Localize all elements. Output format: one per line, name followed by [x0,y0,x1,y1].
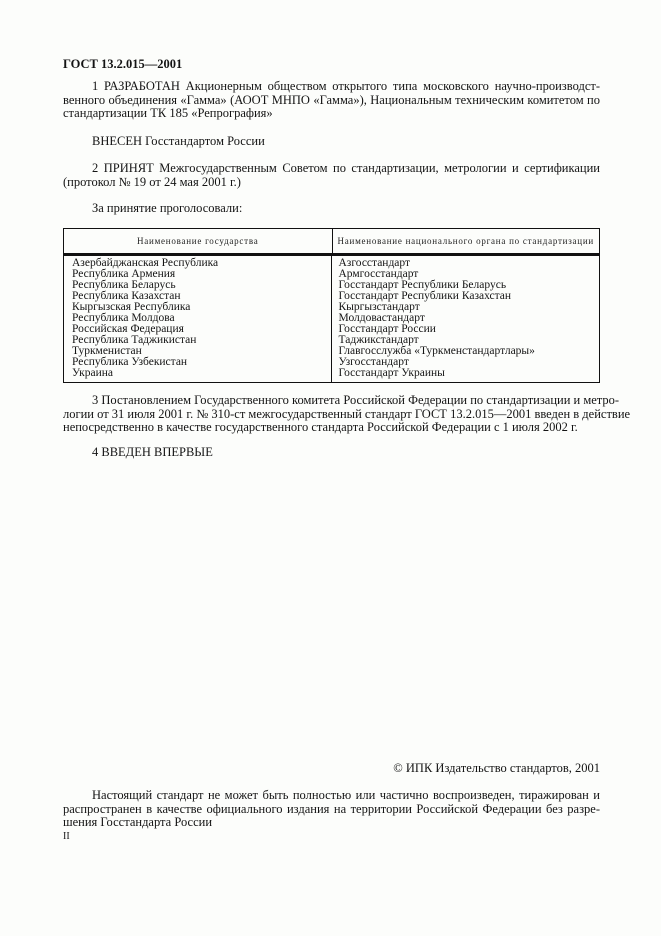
paragraph-line: (протокол № 19 от 24 мая 2001 г.) [63,176,600,190]
copyright-notice: © ИПК Издательство стандартов, 2001 [393,762,600,776]
column-header-standards-body: Наименование национального органа по ста… [333,229,600,253]
paragraph-voted-intro: За принятие проголосовали: [63,202,600,216]
paragraph-line: непосредственно в качестве государственн… [63,421,600,435]
paragraph-line: Настоящий стандарт не может быть полност… [63,789,600,803]
paragraph-adopted: 2 ПРИНЯТ Межгосударственным Советом по с… [63,162,600,189]
paragraph-line: 4 ВВЕДЕН ВПЕРВЫЕ [63,446,600,460]
paragraph-line: ВНЕСЕН Госстандартом России [63,135,600,149]
paragraph-line: 1 РАЗРАБОТАН Акционерным обществом откры… [63,80,600,94]
paragraph-resolution: 3 Постановлением Государственного комите… [63,394,600,435]
table-cell-standards-body: Госстандарт Украины [339,368,600,379]
document-title: ГОСТ 13.2.015—2001 [63,57,182,71]
page-number: II [63,831,70,843]
paragraph-first-introduced: 4 ВВЕДЕН ВПЕРВЫЕ [63,446,600,460]
voting-table: Наименование государства Наименование на… [63,228,600,383]
paragraph-line: распространен в качестве официального из… [63,803,600,817]
paragraph-line: За принятие проголосовали: [63,202,600,216]
state-column: Азербайджанская Республика Республика Ар… [64,256,332,382]
table-header-row: Наименование государства Наименование на… [64,229,599,256]
standards-body-column: Азгосстандарт Армгосстандарт Госстандарт… [332,256,600,382]
table-body: Азербайджанская Республика Республика Ар… [64,256,599,382]
reproduction-notice: Настоящий стандарт не может быть полност… [63,789,600,830]
paragraph-line: шения Госстандарта России [63,816,600,830]
paragraph-line: логии от 31 июля 2001 г. № 310-ст межгос… [63,408,600,422]
paragraph-line: стандартизации ТК 185 «Репрография» [63,107,600,121]
paragraph-developed-by: 1 РАЗРАБОТАН Акционерным обществом откры… [63,80,600,121]
paragraph-line: венного объединения «Гамма» (АООТ МНПО «… [63,94,600,108]
paragraph-line: 3 Постановлением Государственного комите… [63,394,600,408]
column-header-state: Наименование государства [64,229,333,253]
paragraph-line: 2 ПРИНЯТ Межгосударственным Советом по с… [63,162,600,176]
paragraph-introduced-by: ВНЕСЕН Госстандартом России [63,135,600,149]
table-cell-state: Украина [72,368,331,379]
